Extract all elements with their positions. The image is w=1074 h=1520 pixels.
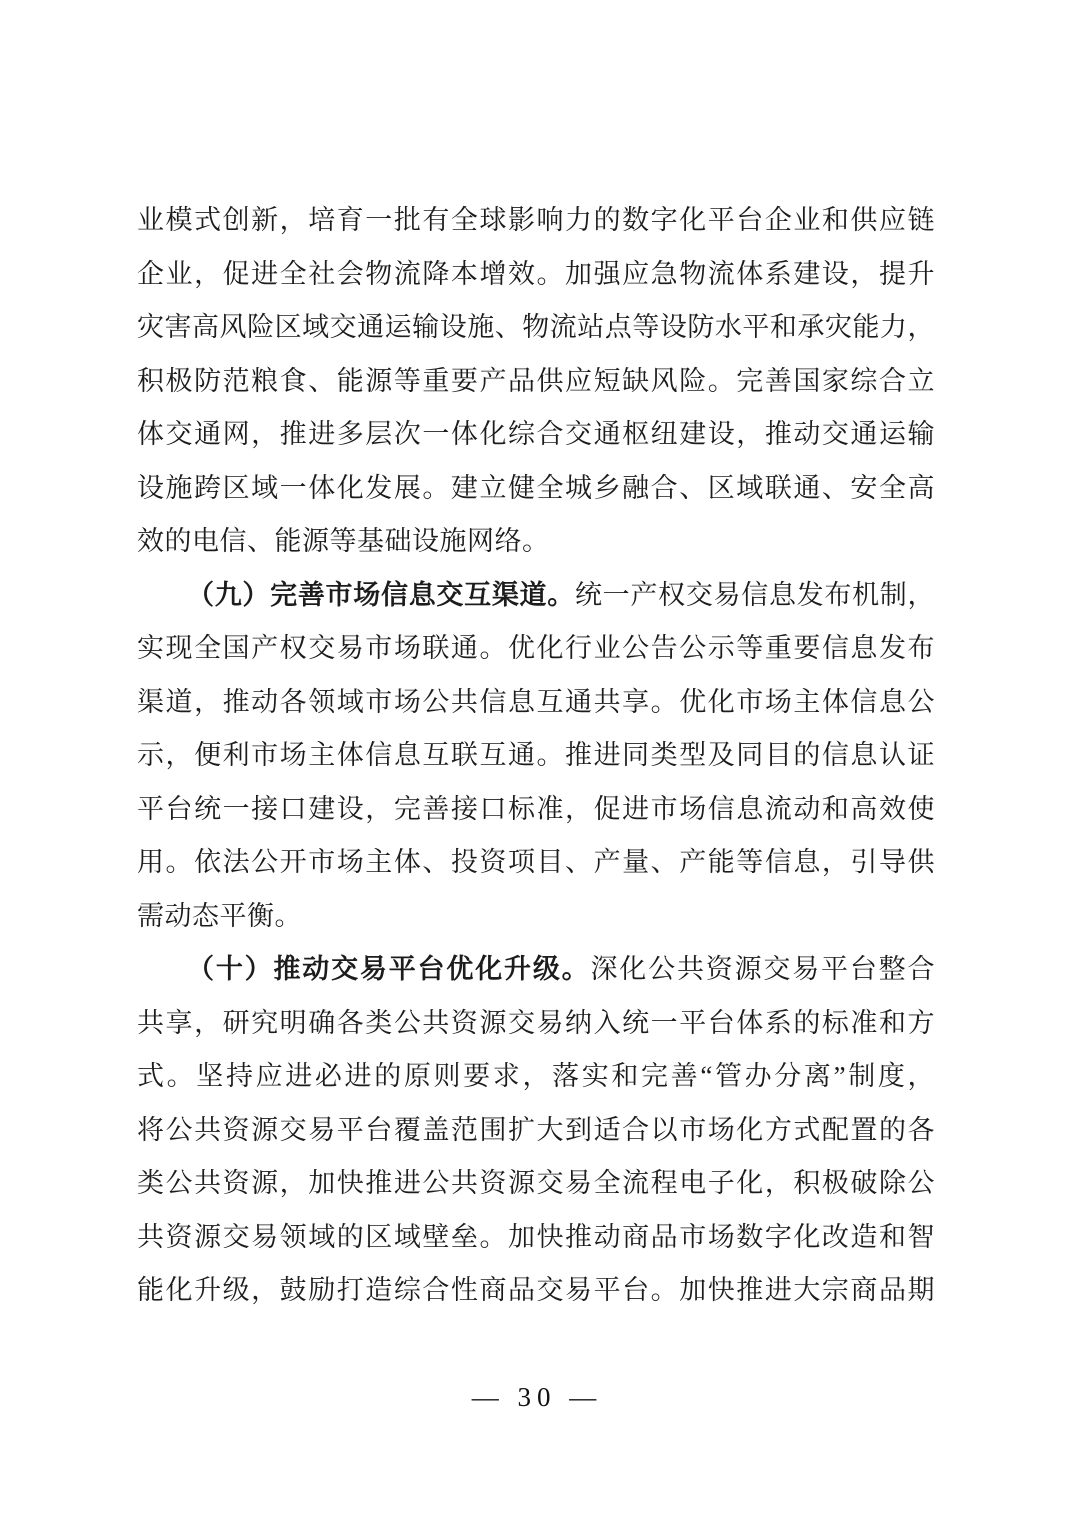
line-text: 用。依法公开市场主体、投资项目、产量、产能等信息，引导供 (137, 847, 935, 877)
document-body: 业模式创新，培育一批有全球影响力的数字化平台企业和供应链企业，促进全社会物流降本… (137, 194, 935, 1318)
line-text: 平台统一接口建设，完善接口标准，促进市场信息流动和高效使 (137, 794, 935, 824)
text-line: 平台统一接口建设，完善接口标准，促进市场信息流动和高效使 (137, 783, 935, 837)
line-text: 深化公共资源交易平台整合 (590, 954, 935, 984)
page-footer: — 30 — (0, 1382, 1074, 1413)
text-line: 示，便利市场主体信息互联互通。推进同类型及同目的信息认证 (137, 729, 935, 783)
text-line: 类公共资源，加快推进公共资源交易全流程电子化，积极破除公 (137, 1157, 935, 1211)
line-text: 能化升级，鼓励打造综合性商品交易平台。加快推进大宗商品期 (137, 1275, 935, 1305)
text-line: 共享，研究明确各类公共资源交易纳入统一平台体系的标准和方 (137, 997, 935, 1051)
text-line: 式。坚持应进必进的原则要求，落实和完善“管办分离”制度， (137, 1050, 935, 1104)
clause-heading: （九）完善市场信息交互渠道。 (187, 580, 575, 610)
line-text: 设施跨区域一体化发展。建立健全城乡融合、区域联通、安全高 (137, 473, 935, 503)
line-text: 统一产权交易信息发布机制， (575, 580, 935, 610)
text-line: 将公共资源交易平台覆盖范围扩大到适合以市场化方式配置的各 (137, 1104, 935, 1158)
line-text: 类公共资源，加快推进公共资源交易全流程电子化，积极破除公 (137, 1168, 935, 1198)
line-text: 灾害高风险区域交通运输设施、物流站点等设防水平和承灾能力， (137, 312, 935, 342)
line-text: 共资源交易领域的区域壁垒。加快推动商品市场数字化改造和智 (137, 1222, 935, 1252)
line-text: 业模式创新，培育一批有全球影响力的数字化平台企业和供应链 (137, 205, 935, 235)
line-text: 需动态平衡。 (137, 901, 302, 931)
text-line: 业模式创新，培育一批有全球影响力的数字化平台企业和供应链 (137, 194, 935, 248)
line-text: 企业，促进全社会物流降本增效。加强应急物流体系建设，提升 (137, 259, 935, 289)
line-text: 积极防范粮食、能源等重要产品供应短缺风险。完善国家综合立 (137, 366, 935, 396)
line-text: 共享，研究明确各类公共资源交易纳入统一平台体系的标准和方 (137, 1008, 935, 1038)
line-text: 渠道，推动各领域市场公共信息互通共享。优化市场主体信息公 (137, 687, 935, 717)
line-text: 将公共资源交易平台覆盖范围扩大到适合以市场化方式配置的各 (137, 1115, 935, 1145)
text-line: （九）完善市场信息交互渠道。统一产权交易信息发布机制， (137, 569, 935, 623)
text-line: 能化升级，鼓励打造综合性商品交易平台。加快推进大宗商品期 (137, 1264, 935, 1318)
line-text: 体交通网，推进多层次一体化综合交通枢纽建设，推动交通运输 (137, 419, 935, 449)
line-text: 示，便利市场主体信息互联互通。推进同类型及同目的信息认证 (137, 740, 935, 770)
text-line: 实现全国产权交易市场联通。优化行业公告公示等重要信息发布 (137, 622, 935, 676)
line-text: 效的电信、能源等基础设施网络。 (137, 526, 550, 556)
text-line: 积极防范粮食、能源等重要产品供应短缺风险。完善国家综合立 (137, 355, 935, 409)
text-line: 效的电信、能源等基础设施网络。 (137, 515, 935, 569)
text-line: 灾害高风险区域交通运输设施、物流站点等设防水平和承灾能力， (137, 301, 935, 355)
text-line: （十）推动交易平台优化升级。深化公共资源交易平台整合 (137, 943, 935, 997)
text-line: 渠道，推动各领域市场公共信息互通共享。优化市场主体信息公 (137, 676, 935, 730)
text-line: 设施跨区域一体化发展。建立健全城乡融合、区域联通、安全高 (137, 462, 935, 516)
document-page: 业模式创新，培育一批有全球影响力的数字化平台企业和供应链企业，促进全社会物流降本… (0, 0, 1074, 1520)
clause-heading: （十）推动交易平台优化升级。 (187, 954, 590, 984)
text-line: 用。依法公开市场主体、投资项目、产量、产能等信息，引导供 (137, 836, 935, 890)
page-number: — 30 — (472, 1382, 603, 1412)
text-line: 体交通网，推进多层次一体化综合交通枢纽建设，推动交通运输 (137, 408, 935, 462)
text-line: 企业，促进全社会物流降本增效。加强应急物流体系建设，提升 (137, 248, 935, 302)
text-line: 共资源交易领域的区域壁垒。加快推动商品市场数字化改造和智 (137, 1211, 935, 1265)
line-text: 式。坚持应进必进的原则要求，落实和完善“管办分离”制度， (137, 1061, 935, 1091)
text-line: 需动态平衡。 (137, 890, 935, 944)
line-text: 实现全国产权交易市场联通。优化行业公告公示等重要信息发布 (137, 633, 935, 663)
